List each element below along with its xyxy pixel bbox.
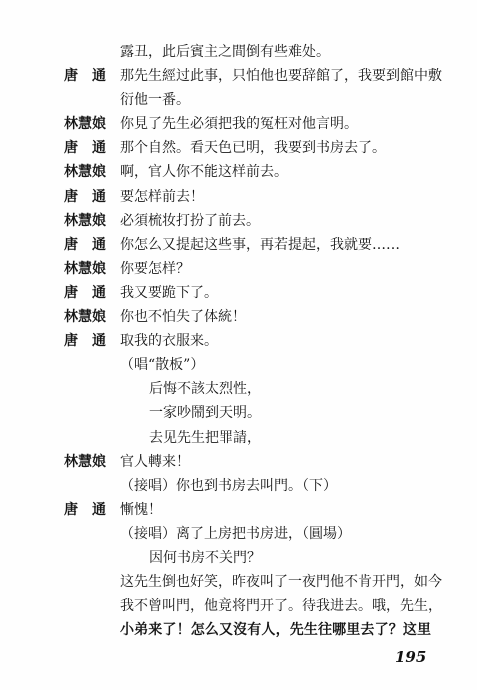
dialogue-line: 唐 通 那个自然。看天色已明，我要到书房去了。 [0, 136, 477, 160]
speaker-name: 林慧娘 [64, 257, 106, 281]
speaker-name: 林慧娘 [64, 112, 106, 136]
verse-line: 因何书房不关門？ [0, 546, 477, 570]
speaker-name: 唐 通 [64, 136, 106, 160]
dialogue-line: 林慧娘 必須梳妆打扮了前去。 [0, 209, 477, 233]
book-page: 露丑，此后賓主之間倒有些难处。 唐 通 那先生經过此事，只怕他也要辞館了，我要到… [0, 0, 477, 690]
line-text: 必須梳妆打扮了前去。 [120, 209, 431, 233]
dialogue-line: 唐 通 你怎么又提起这些事，再若提起，我就要…… [0, 233, 477, 257]
dialogue-line: 唐 通 那先生經过此事，只怕他也要辞館了，我要到館中敷 [0, 64, 477, 88]
verse-text: 一家吵鬧到天明。 [149, 401, 431, 425]
speaker-name: 唐 通 [64, 185, 106, 209]
verse-line: 一家吵鬧到天明。 [0, 401, 477, 425]
page-number: 195 [395, 648, 426, 666]
dialogue-line: 林慧娘 你要怎样？ [0, 257, 477, 281]
line-text: 取我的衣服来。 [120, 329, 431, 353]
stage-direction-text: （唱“散板”） [120, 353, 431, 377]
dialogue-line: 唐 通 慚愧！ [0, 498, 477, 522]
line-text: 你見了先生必須把我的冤枉对他言明。 [120, 112, 431, 136]
line-text: 这先生倒也好笑，昨夜叫了一夜門他不肯开門，如今 [120, 570, 431, 594]
verse-line: 后悔不該太烈性， [0, 377, 477, 401]
dialogue-line: 唐 通 要怎样前去！ [0, 185, 477, 209]
line-text: 小弟来了！怎么又沒有人，先生往哪里去了？这里 [120, 618, 431, 642]
line-text: 官人轉来！ [120, 450, 431, 474]
line-text: （接唱）你也到书房去叫門。（下） [120, 474, 431, 498]
verse-text: 去见先生把罪請， [149, 426, 431, 450]
verse-line: 去见先生把罪請， [0, 426, 477, 450]
dialogue-line: 林慧娘 你見了先生必須把我的冤枉对他言明。 [0, 112, 477, 136]
line-text: （接唱）离了上房把书房进，（圓場） [120, 522, 431, 546]
dialogue-line: 衍他一番。 [0, 88, 477, 112]
speaker-name: 林慧娘 [64, 450, 106, 474]
speaker-name: 唐 通 [64, 233, 106, 257]
dialogue-line: 唐 通 取我的衣服来。 [0, 329, 477, 353]
dialogue-line: 我不曾叫門，他竟将門开了。待我进去。哦，先生， [0, 594, 477, 618]
speaker-name: 唐 通 [64, 329, 106, 353]
line-text: 要怎样前去！ [120, 185, 431, 209]
verse-text: 后悔不該太烈性， [149, 377, 431, 401]
stage-direction-line: （接唱）离了上房把书房进，（圓場） [0, 522, 477, 546]
line-text: 慚愧！ [120, 498, 431, 522]
line-text: 啊，官人你不能这样前去。 [120, 160, 431, 184]
speaker-name: 林慧娘 [64, 160, 106, 184]
speaker-name: 唐 通 [64, 281, 106, 305]
dialogue-line: 小弟来了！怎么又沒有人，先生往哪里去了？这里 [0, 618, 477, 642]
line-text: 你要怎样？ [120, 257, 431, 281]
speaker-name: 林慧娘 [64, 209, 106, 233]
line-text: 你也不怕失了体統！ [120, 305, 431, 329]
stage-direction-line: （唱“散板”） [0, 353, 477, 377]
dialogue-line: 林慧娘 官人轉来！ [0, 450, 477, 474]
dialogue-line: 唐 通 我又要跪下了。 [0, 281, 477, 305]
dialogue-line: 林慧娘 你也不怕失了体統！ [0, 305, 477, 329]
line-text: 我又要跪下了。 [120, 281, 431, 305]
speaker-name: 林慧娘 [64, 305, 106, 329]
dialogue-line: 露丑，此后賓主之間倒有些难处。 [0, 40, 477, 64]
stage-direction-line: （接唱）你也到书房去叫門。（下） [0, 474, 477, 498]
dialogue-line: 林慧娘 啊，官人你不能这样前去。 [0, 160, 477, 184]
play-script-body: 露丑，此后賓主之間倒有些难处。 唐 通 那先生經过此事，只怕他也要辞館了，我要到… [0, 40, 477, 642]
line-text: 我不曾叫門，他竟将門开了。待我进去。哦，先生， [120, 594, 431, 618]
verse-text: 因何书房不关門？ [149, 546, 431, 570]
line-text: 衍他一番。 [120, 88, 431, 112]
speaker-name: 唐 通 [64, 64, 106, 88]
dialogue-line: 这先生倒也好笑，昨夜叫了一夜門他不肯开門，如今 [0, 570, 477, 594]
speaker-name: 唐 通 [64, 498, 106, 522]
line-text: 你怎么又提起这些事，再若提起，我就要…… [120, 233, 431, 257]
line-text: 那先生經过此事，只怕他也要辞館了，我要到館中敷 [120, 64, 431, 88]
line-text: 那个自然。看天色已明，我要到书房去了。 [120, 136, 431, 160]
line-text: 露丑，此后賓主之間倒有些难处。 [120, 40, 431, 64]
